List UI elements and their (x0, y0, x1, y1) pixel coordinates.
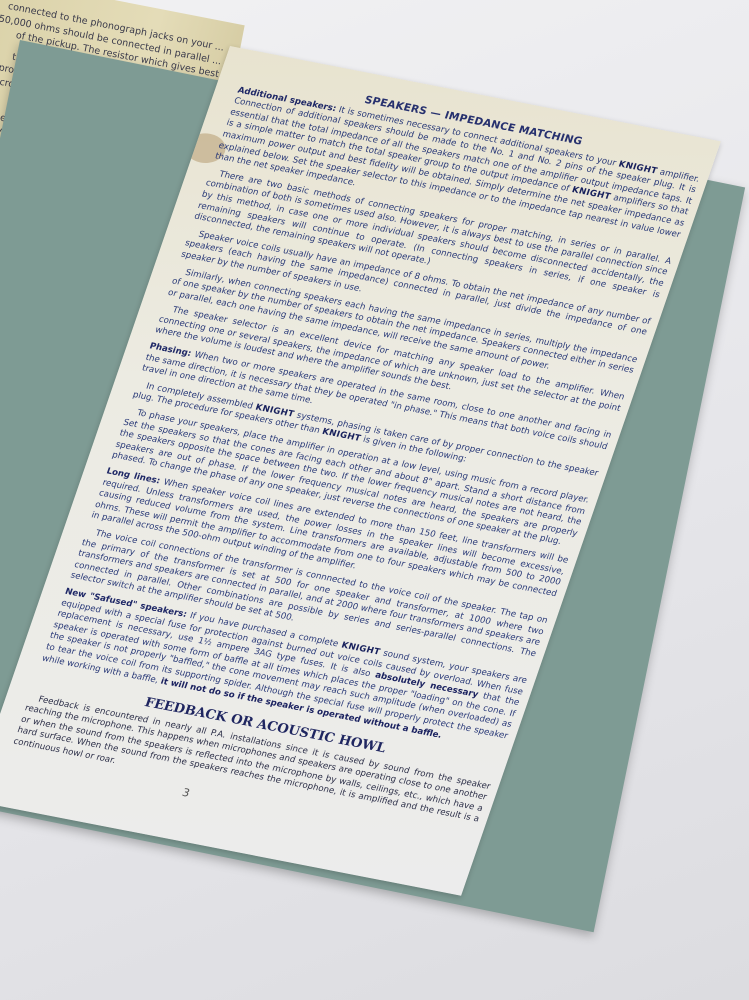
brand-name: KNIGHT (254, 403, 296, 420)
emphasis: absolutely necessary (374, 671, 480, 701)
brand-name: KNIGHT (320, 427, 362, 444)
page-number: 3 (180, 786, 191, 800)
brand-name: KNIGHT (340, 640, 382, 657)
brand-name: KNIGHT (570, 185, 612, 202)
